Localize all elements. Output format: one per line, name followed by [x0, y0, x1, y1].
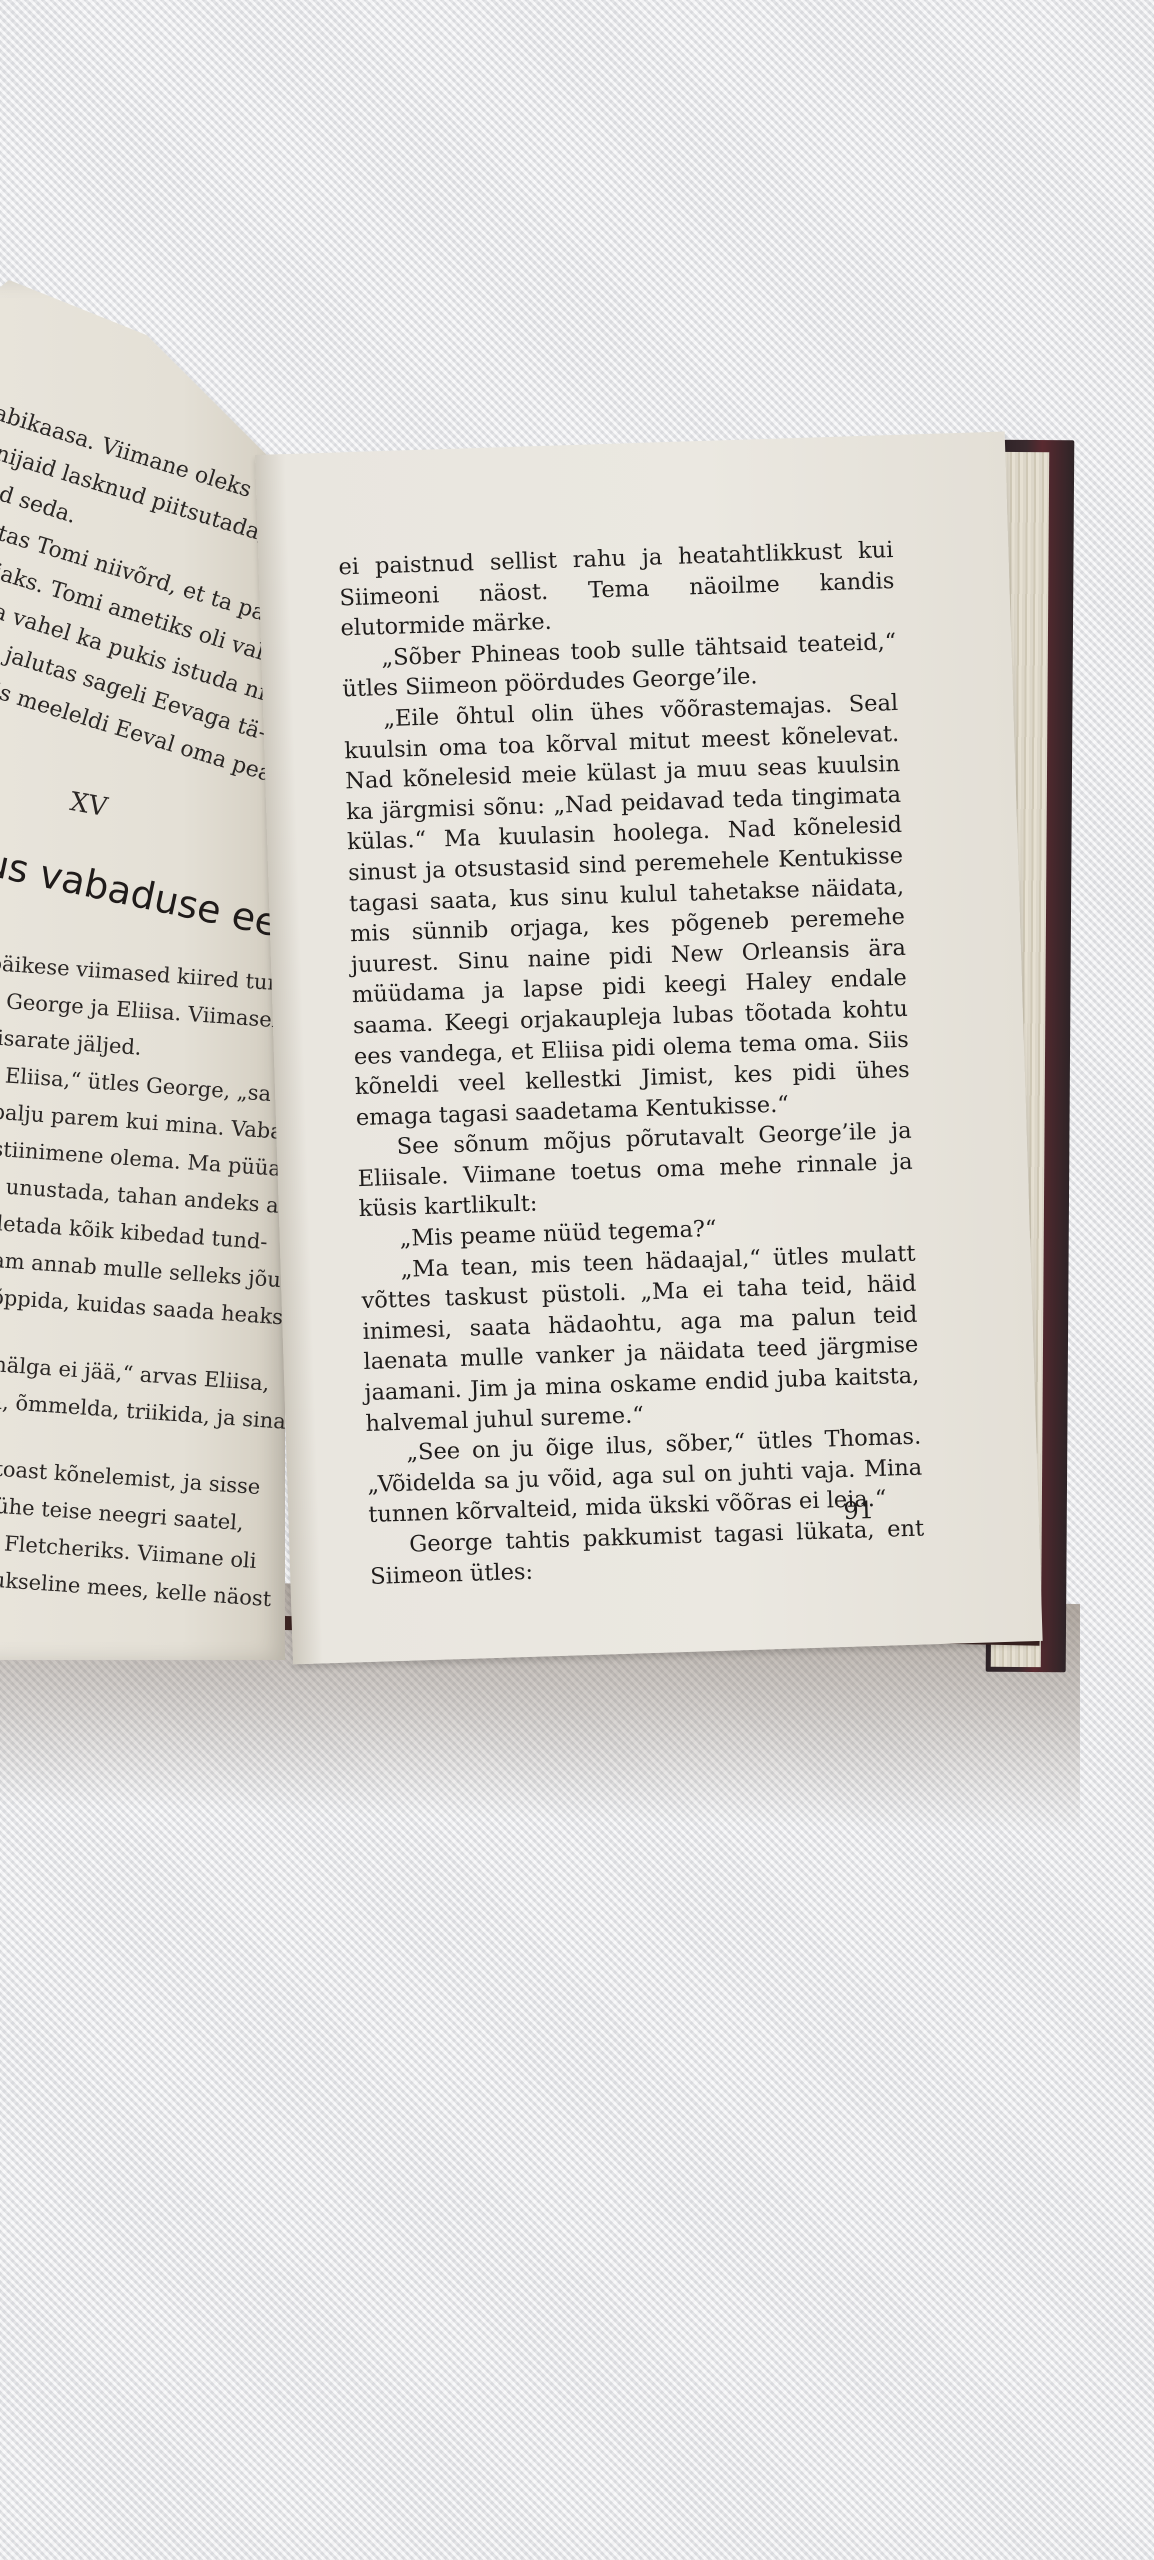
paragraph: „Eile õhtul olin ühes võõrastemajas. Sea…: [343, 688, 911, 1134]
paragraph: „See on ju õige ilus, sõber,“ ütles Thom…: [366, 1422, 924, 1531]
left-page-body-text: päikese viimased kiired tungisid d Georg…: [0, 945, 259, 1614]
right-page: ei paistnud sellist rahu ja heatahtlikku…: [255, 431, 1043, 1664]
right-page-text: ei paistnud sellist rahu ja heatahtlikku…: [338, 535, 925, 1592]
paragraph: ei paistnud sellist rahu ja heatahtlikku…: [338, 535, 896, 644]
paragraph: „Ma tean, mis teen hädaajal,“ ütles mula…: [360, 1238, 920, 1439]
chapter-number: XV: [68, 787, 110, 823]
page-number: 91: [843, 1496, 874, 1525]
paragraph: See sõnum mõjus põrutavalt George’ile ja…: [356, 1116, 914, 1225]
